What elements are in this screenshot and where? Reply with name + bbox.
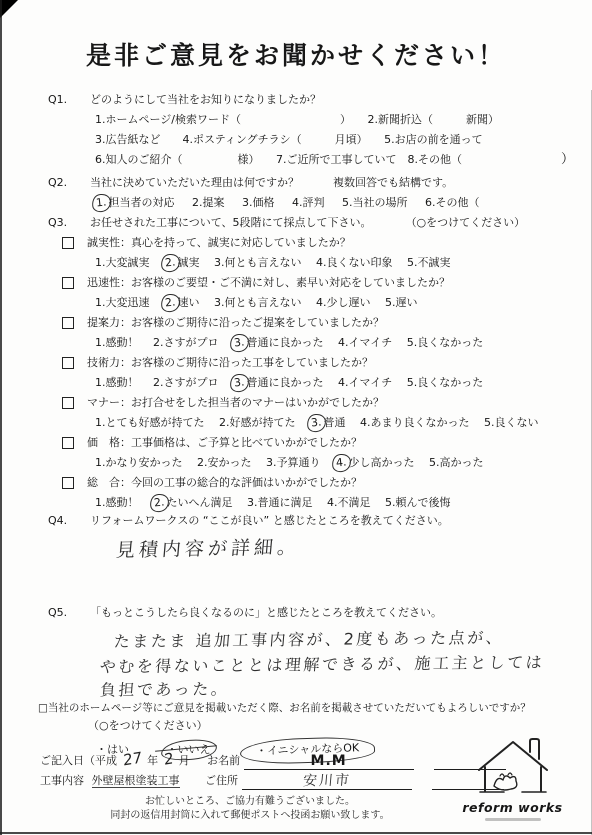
option: 2.提案 [192,193,225,213]
option-text: 普通に良かった [247,376,324,389]
option: 2.たいへん満足 [153,493,233,513]
scan-corner-artifact [0,0,18,18]
option-text: 普通に満足 [258,496,313,509]
option-number: 5. [407,256,418,269]
option-number: 4. [327,496,338,509]
q1-label: Q1. [48,90,90,110]
option-text: 良くない印象 [327,256,393,269]
q5-question: 「もっとこうしたら良くなるのに」と感じたところを教えてください。 [90,603,442,623]
option-number: 4. [338,376,349,389]
option: 5.良くなかった [407,373,484,393]
checkbox-icon [62,477,74,489]
thanks-note: お忙しいところ、ご協力有難うございました。 同封の返信用封筒に入れて郵便ポストへ… [60,795,440,823]
q3-row-title: 迅速性：お客様のご要望・ご不満に対し、素早い対応をしていましたか？ [62,273,576,293]
q3-row-options: 1.感動！ 2.さすがプロ 3.普通に良かった 4.イマイチ 5.良くなかった [95,333,576,353]
option: 2.好感が持てた [219,413,296,433]
option-number: 5. [407,376,418,389]
option-number: 5. [484,416,495,429]
option-number: 3. [266,456,277,469]
option-text: 少し高かった [349,456,415,469]
address-value: 安川市 [302,772,352,791]
option-text: 遅い [396,296,418,309]
option-text: 大変誠実 [106,256,150,269]
consent-question: □当社のホームページ等にご意見を掲載いただく際、お名前を掲載させていただいてもよ… [38,700,582,716]
scan-edge-bottom [0,832,592,834]
option-text: 良くない [495,416,539,429]
option: 3.普通に満足 [247,493,313,513]
q3-row-title: マナー：お打合せをした担当者のマナーはいかがでしたか？ [62,393,576,413]
name-label: お名前 [207,754,240,767]
q4-question: リフォームワークスの “ここが良い” と感じたところを教えてください。 [90,511,449,531]
option-number: 3. [306,413,326,433]
address-field: 安川市 [242,772,412,790]
option-number: 5. [429,456,440,469]
option-text: 普通 [324,416,346,429]
q3-note: （○をつけてください） [406,213,526,233]
option: 1.感動！ [95,493,139,513]
option-text: 予算通り [277,456,321,469]
q5-handwritten-line: やむを得ないこととは理解できるが、施工主としては [99,650,545,680]
q1-options-line3: 6.知人のご紹介（ 様） 7.ご近所で工事していて 8.その他（ [95,150,576,170]
option: 5.良くない [484,413,539,433]
q2-question: 当社に決めていただいた理由は何ですか？ [90,173,299,193]
option: 5.当社の場所 [342,193,408,213]
q3-row-options: 1.大変誠実 2.誠実 3.何とも言えない 4.良くない印象 5.不誠実 [95,253,576,273]
option-text: 当社の場所 [353,196,408,209]
option-text: あまり良くなかった [371,416,470,429]
name-field: M.M [244,752,414,770]
q5-handwritten-line: たまたま 追加工事内容が、2度もあった点が、 [113,625,505,654]
survey-title: 是非ご意見をお聞かせください！ [0,36,592,72]
option: 2.速い [164,293,200,313]
option-text: 好感が持てた [230,416,296,429]
date-year-handwritten: 27 [122,748,141,769]
option-text: 安かった [208,456,252,469]
option-text: 速い [178,296,200,309]
date-label: ご記入日（平成 [40,754,117,767]
q3-row-options: 1.かなり安かった 2.安かった 3.予算通り 4.少し高かった 5.高かった [95,453,576,473]
option-text: さすがプロ [164,336,219,349]
option: 3.何とも言えない [214,293,302,313]
q3-row-title: 価 格：工事価格は、ご予算と比べていかがでしたか？ [62,433,576,453]
option: 6.その他（ [425,193,480,213]
q1-trailing-paren: ） [561,150,574,170]
option: 5.頼んで後悔 [385,493,451,513]
q1-options-line1: 1.ホームページ/検索ワード（ ） 2.新聞折込（ 新聞） [95,110,576,130]
option-text: 提案 [203,196,225,209]
option-number: 1. [95,496,106,509]
option-number: 1. [95,456,106,469]
option: 5.不誠実 [407,253,451,273]
scan-edge-left [0,0,2,835]
option-text: 感動！ [106,336,139,349]
option-number: 3. [214,296,225,309]
option-text: 不誠実 [418,256,451,269]
footer-date-name-row: ご記入日（平成 27 年 2 月 お名前 M.M [40,750,506,770]
q3-question: お任せされた工事について、5段階にて採点して下さい。 [90,213,372,233]
footer-work-address-row: 工事内容 外壁屋根塗装工事 ご住所 安川市 [40,772,504,790]
option: 3.価格 [242,193,275,213]
q3-row-options: 1.感動！ 2.さすがプロ 3.普通に良かった 4.イマイチ 5.良くなかった [95,373,576,393]
option-number: 3. [242,196,253,209]
option: 3.普通に良かった [233,373,324,393]
option-text: さすがプロ [164,376,219,389]
option-text: かなり安かった [106,456,183,469]
option-text: 感動！ [106,496,139,509]
q3-label: Q3. [48,213,90,233]
option-number: 1. [95,376,106,389]
option-text: 頼んで後悔 [396,496,451,509]
date-month-handwritten: 2 [163,749,173,769]
option-text: 良くなかった [417,376,483,389]
option: 5.良くなかった [407,333,484,353]
checkbox-icon [62,317,74,329]
option-number: 4. [360,416,371,429]
q5-handwritten-line: 負担であった。 [99,676,230,702]
logo-text: reform works [455,800,570,815]
option-text: 評判 [303,196,325,209]
option-number: 2. [197,456,208,469]
q2-label: Q2. [48,173,90,193]
option: 1.感動！ [95,333,139,353]
option-text: 高かった [440,456,484,469]
option-number: 2. [160,293,180,313]
q3-row-title: 提案力：お客様のご期待に沿ったご提案をしていましたか？ [62,313,576,333]
option-number: 3. [229,333,249,353]
option-number: 2. [153,376,164,389]
option-text: 感動！ [106,376,139,389]
option-text: 何とも言えない [225,296,302,309]
option-number: 5. [385,496,396,509]
option-number: 4. [331,453,351,473]
date-year-suffix: 年 [147,754,158,767]
option-text: イマイチ [349,376,393,389]
q2-options: 1.担当者の対応 2.提案 3.価格 4.評判 5.当社の場所 6.その他（ [95,193,576,213]
option: 1.感動！ [95,373,139,393]
option-number: 3. [247,496,258,509]
survey-scan-page: 是非ご意見をお聞かせください！ Q1. どのようにして当社をお知りになりましたか… [0,0,592,835]
q2-section: Q2. 当社に決めていただいた理由は何ですか？ 複数回答でも結構です。 1.担当… [48,173,576,213]
option: 4.少し高かった [335,453,415,473]
thanks-line2: 同封の返信用封筒に入れて郵便ポストへ投函お願い致します。 [60,809,440,823]
option-number: 1. [91,193,111,213]
q3-section: Q3. お任せされた工事について、5段階にて採点して下さい。 （○をつけてくださ… [48,213,576,513]
q1-question: どのようにして当社をお知りになりましたか？ [90,90,321,110]
option-text: 担当者の対応 [109,196,175,209]
option: 5.高かった [429,453,484,473]
q4-section: Q4. リフォームワークスの “ここが良い” と感じたところを教えてください。 … [48,511,576,562]
option-number: 2. [149,493,169,513]
option: 3.予算通り [266,453,321,473]
option-text: たいへん満足 [167,496,233,509]
q4-label: Q4. [48,511,90,531]
option: 2.さすがプロ [153,373,219,393]
option: 3.何とも言えない [214,253,302,273]
q2-note: 複数回答でも結構です。 [333,173,453,193]
option: 4.イマイチ [338,333,392,353]
q3-row-options: 1.感動！ 2.たいへん満足 3.普通に満足 4.不満足 5.頼んで後悔 [95,493,576,513]
option-number: 1. [95,336,106,349]
work-value: 外壁屋根塗装工事 [92,774,180,788]
option-text: 価格 [253,196,275,209]
option-number: 1. [95,296,106,309]
q1-section: Q1. どのようにして当社をお知りになりましたか？ 1.ホームページ/検索ワード… [48,90,576,170]
option: 4.不満足 [327,493,371,513]
option-number: 2. [160,253,180,273]
q3-row-options: 1.とても好感が持てた 2.好感が持てた 3.普通 4.あまり良くなかった 5.… [95,413,576,433]
option-text: 誠実 [178,256,200,269]
option-number: 3. [214,256,225,269]
option: 4.良くない印象 [316,253,393,273]
option-text: 少し遅い [327,296,371,309]
q4-handwritten-answer: 見積内容が詳細。 [115,537,301,560]
option-number: 5. [342,196,353,209]
option-number: 4. [338,336,349,349]
option-number: 4. [316,296,327,309]
option: 3.普通に良かった [233,333,324,353]
option-text: 大変迅速 [106,296,150,309]
q3-row-title: 総 合：今回の工事の総合的な評価はいかがでしたか？ [62,473,576,493]
option-number: 2. [219,416,230,429]
option-number: 6. [425,196,436,209]
reform-works-logo: reform works [455,736,570,821]
option: 3.普通 [310,413,346,433]
address-label: ご住所 [205,774,238,787]
option: 2.さすがプロ [153,333,219,353]
option: 4.あまり良くなかった [360,413,470,433]
option-text: 良くなかった [417,336,483,349]
option-text: 普通に良かった [247,336,324,349]
option-text: その他（ [436,196,480,209]
q5-label: Q5. [48,603,90,623]
checkbox-icon [62,397,74,409]
option-number: 2. [192,196,203,209]
q3-row-title: 技術力：お客様のご期待に沿った工事をしていましたか？ [62,353,576,373]
option-number: 1. [95,416,106,429]
q3-row-title: 誠実性：真心を持って、誠実に対応していましたか？ [62,233,576,253]
consent-instruction: （○をつけてください） [88,718,582,734]
option-text: 何とも言えない [225,256,302,269]
option: 2.誠実 [164,253,200,273]
work-label: 工事内容 [40,774,84,787]
logo-tagline-blur [485,818,541,821]
option: 4.イマイチ [338,373,392,393]
house-icon [470,736,556,796]
option-number: 5. [385,296,396,309]
option-text: 不満足 [338,496,371,509]
date-month-suffix: 月 [179,754,190,767]
thanks-line1: お忙しいところ、ご協力有難うございました。 [60,795,440,809]
option: 4.少し遅い [316,293,371,313]
checkbox-icon [62,237,74,249]
option-number: 5. [407,336,418,349]
option: 4.評判 [292,193,325,213]
name-value: M.M [311,753,347,769]
option-number: 3. [229,373,249,393]
option: 1.大変誠実 [95,253,150,273]
option-number: 4. [292,196,303,209]
option-number: 1. [95,256,106,269]
q1-options-line2: 3.広告紙など 4.ポスティングチラシ（ 月頃） 5.お店の前を通って [95,130,576,150]
checkbox-icon [62,357,74,369]
option: 5.遅い [385,293,418,313]
option-text: とても好感が持てた [106,416,205,429]
option: 1.担当者の対応 [95,193,175,213]
q5-section: Q5. 「もっとこうしたら良くなるのに」と感じたところを教えてください。 たまた… [48,603,576,702]
q3-row-options: 1.大変迅速 2.速い 3.何とも言えない 4.少し遅い 5.遅い [95,293,576,313]
option: 1.かなり安かった [95,453,183,473]
checkbox-icon [62,437,74,449]
checkbox-icon [62,277,74,289]
option-text: イマイチ [349,336,393,349]
option: 2.安かった [197,453,252,473]
option: 1.大変迅速 [95,293,150,313]
option-number: 4. [316,256,327,269]
option: 1.とても好感が持てた [95,413,205,433]
option-number: 2. [153,336,164,349]
